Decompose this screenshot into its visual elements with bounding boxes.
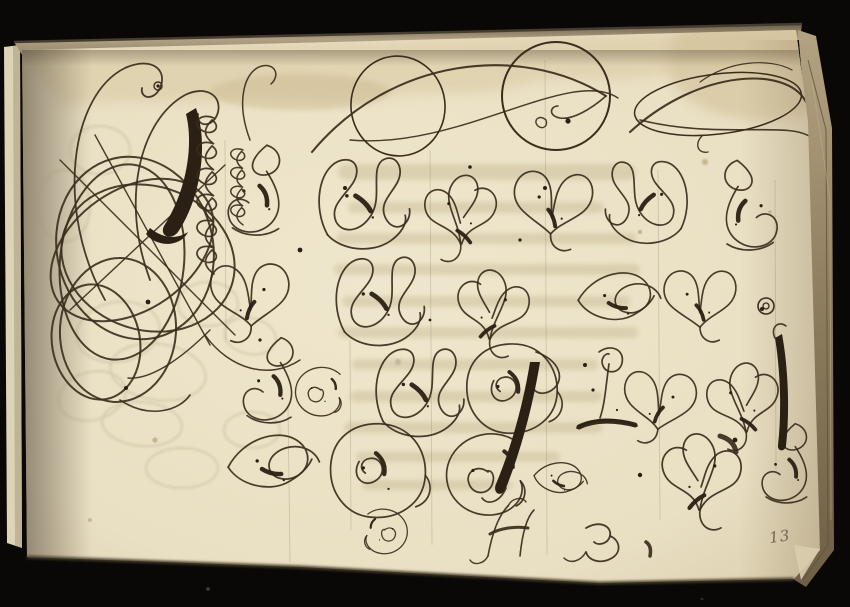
ink-speck — [638, 473, 642, 477]
ink-speck — [543, 186, 547, 190]
photograph: 13 — [0, 0, 850, 607]
ink-speck — [733, 438, 738, 443]
page-number: 13 — [768, 526, 791, 547]
ink-speck — [518, 238, 521, 241]
ink-speck — [343, 186, 347, 190]
book-photo-svg: 13 — [0, 0, 850, 607]
ink-speck — [468, 165, 472, 169]
dust-speck — [206, 587, 210, 591]
dust-speck — [701, 598, 704, 601]
facing-page-edge — [4, 45, 22, 548]
ink-speck — [298, 248, 303, 253]
ink-speck — [429, 319, 432, 322]
ink-speck — [258, 338, 261, 341]
ink-speck — [583, 363, 587, 367]
